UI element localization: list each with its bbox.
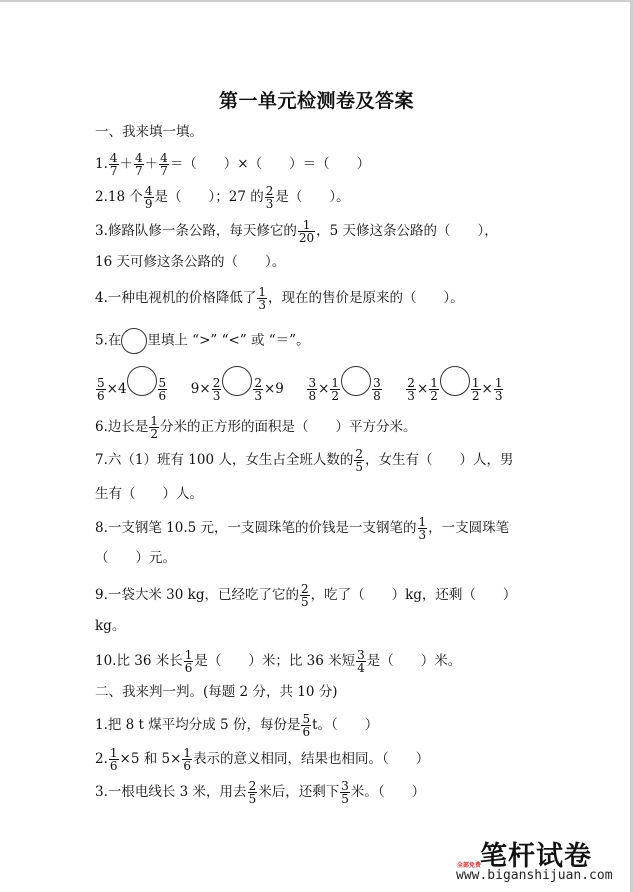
fraction: 49 xyxy=(144,185,154,210)
question-1-3: 3.修路队修一条公路，每天修它的120，5 天修这条公路的（ ）， xyxy=(95,219,498,244)
question-2-1: 1.把 8 t 煤平均分成 5 份，每份是56t。（ ） xyxy=(95,713,378,738)
question-1-9: 9.一袋大米 30 kg，已经吃了它的25，吃了（ ）kg，还剩（ ） xyxy=(95,583,516,608)
fraction: 25 xyxy=(300,583,310,608)
comparison-item: 9×2323×9 xyxy=(191,381,288,397)
fraction: 47 xyxy=(159,152,169,177)
comparison-item: 23×1212×13 xyxy=(405,381,504,397)
page-title: 第一单元检测卷及答案 xyxy=(0,86,633,113)
fraction: 16 xyxy=(109,747,119,772)
answer-circle[interactable] xyxy=(440,366,470,396)
fraction: 56 xyxy=(301,713,311,738)
fraction: 16 xyxy=(184,649,194,674)
fraction: 47 xyxy=(109,152,119,177)
question-1-7: 7.六（1）班有 100 人，女生占全班人数的25，女生有（ ）人，男 xyxy=(95,448,513,473)
question-1-9-cont: kg。 xyxy=(95,618,125,634)
answer-circle[interactable] xyxy=(127,366,157,396)
watermark-url: www.biganshijuan.com xyxy=(456,868,613,883)
question-1-5: 5.在里填上 “>” “<” 或 “＝”。 xyxy=(95,328,310,354)
fraction: 23 xyxy=(265,185,275,210)
question-1-5-comparisons: 56×456 9×2323×9 38×1238 23×1212×13 xyxy=(95,374,504,404)
document-page: 第一单元检测卷及答案 一、我来填一填。 1.47＋47＋47＝（ ）×（ ）＝（… xyxy=(0,2,630,892)
fraction: 13 xyxy=(418,516,428,541)
question-1-8-cont: （ ）元。 xyxy=(95,550,176,566)
fraction: 16 xyxy=(182,747,192,772)
answer-circle[interactable] xyxy=(341,366,371,396)
fraction: 12 xyxy=(149,415,159,440)
question-1-10: 10.比 36 米长16是（ ）米；比 36 米短34是（ ）米。 xyxy=(95,649,461,674)
fraction: 34 xyxy=(356,649,366,674)
question-1-1: 1.47＋47＋47＝（ ）×（ ）＝（ ） xyxy=(95,152,370,177)
question-1-4: 4.一种电视机的价格降低了13，现在的售价是原来的（ ）。 xyxy=(95,286,464,311)
question-1-8: 8.一支钢笔 10.5 元，一支圆珠笔的价钱是一支钢笔的13，一支圆珠笔 xyxy=(95,516,509,541)
section1-heading: 一、我来填一填。 xyxy=(95,124,203,140)
section2-heading: 二、我来判一判。(每题 2 分，共 10 分) xyxy=(95,684,337,700)
comparison-item: 56×456 xyxy=(95,381,172,397)
question-1-3-cont: 16 天可修这条公路的（ ）。 xyxy=(95,254,285,270)
fraction: 25 xyxy=(248,780,258,805)
question-1-7-cont: 生有（ ）人。 xyxy=(95,486,203,502)
question-1-6: 6.边长是12分米的正方形的面积是（ ）平方分米。 xyxy=(95,415,417,440)
circle-icon xyxy=(121,328,147,354)
fraction: 25 xyxy=(354,448,364,473)
comparison-item: 38×1238 xyxy=(306,381,387,397)
fraction: 47 xyxy=(134,152,144,177)
fraction: 13 xyxy=(257,286,267,311)
fraction: 35 xyxy=(340,780,350,805)
question-2-2: 2.16×5 和 5×16表示的意义相同，结果也相同。（ ） xyxy=(95,747,429,772)
answer-circle[interactable] xyxy=(222,366,252,396)
question-1-2: 2.18 个49是（ ）；27 的23是（ ）。 xyxy=(95,185,350,210)
question-2-3: 3.一根电线长 3 米，用去25米后，还剩下35米。（ ） xyxy=(95,780,425,805)
fraction: 120 xyxy=(298,219,315,244)
